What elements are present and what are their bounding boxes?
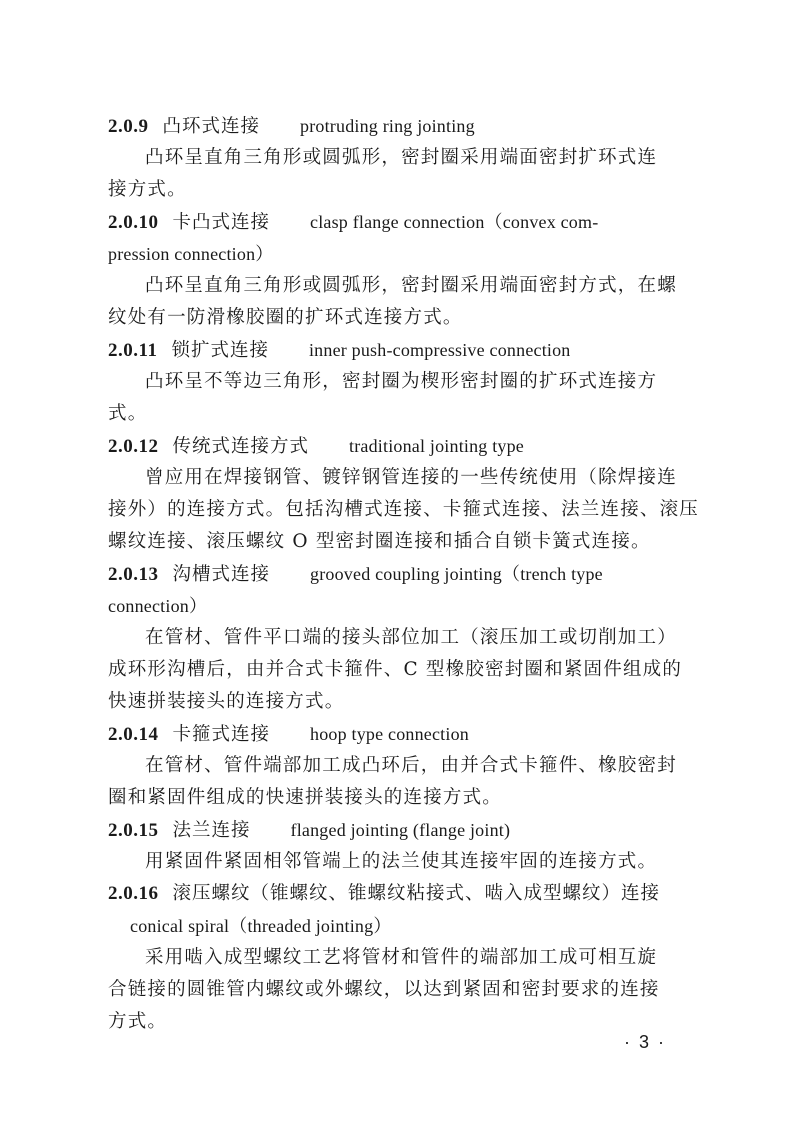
term-number: 2.0.9 [108, 111, 149, 143]
term-entry-2-0-13: 2.0.13沟槽式连接grooved coupling jointing（tre… [108, 558, 700, 718]
term-chinese: 凸环式连接 [163, 111, 261, 143]
term-english: protruding ring jointing [300, 110, 475, 142]
term-entry-2-0-9: 2.0.9凸环式连接protruding ring jointing 凸环呈直角… [108, 110, 700, 206]
term-chinese: 法兰连接 [173, 815, 251, 847]
term-english-continuation: connection） [108, 590, 700, 622]
term-heading: 2.0.16滚压螺纹（锥螺纹、锥螺纹粘接式、啮入成型螺纹）连接 [108, 878, 700, 910]
term-english-continuation: pression connection） [108, 238, 700, 270]
document-page: 2.0.9凸环式连接protruding ring jointing 凸环呈直角… [108, 110, 700, 1038]
definition-line: 凸环呈直角三角形或圆弧形，密封圈采用端面密封扩环式连 [108, 142, 700, 174]
term-number: 2.0.12 [108, 431, 159, 463]
term-english: inner push-compressive connection [309, 334, 571, 366]
term-english: traditional jointing type [349, 430, 524, 462]
term-entry-2-0-12: 2.0.12传统式连接方式traditional jointing type 曾… [108, 430, 700, 558]
term-number: 2.0.13 [108, 559, 159, 591]
term-heading: 2.0.10卡凸式连接clasp flange connection（conve… [108, 206, 700, 238]
definition-line: 方式。 [108, 1006, 700, 1038]
definition-line: 用紧固件紧固相邻管端上的法兰使其连接牢固的连接方式。 [108, 846, 700, 878]
definition-line: 在管材、管件平口端的接头部位加工（滚压加工或切削加工） [108, 622, 700, 654]
definition-line: 合链接的圆锥管内螺纹或外螺纹，以达到紧固和密封要求的连接 [108, 974, 700, 1006]
definition-line: 螺纹连接、滚压螺纹 O 型密封圈连接和插合自锁卡簧式连接。 [108, 526, 700, 558]
definition-line: 快速拼装接头的连接方式。 [108, 686, 700, 718]
definition-line: 凸环呈直角三角形或圆弧形，密封圈采用端面密封方式，在螺 [108, 270, 700, 302]
term-entry-2-0-11: 2.0.11锁扩式连接inner push-compressive connec… [108, 334, 700, 430]
page-number: · 3 · [624, 1032, 666, 1053]
term-english: flanged jointing (flange joint) [291, 814, 511, 846]
term-heading: 2.0.15法兰连接flanged jointing (flange joint… [108, 814, 700, 846]
definition-line: 曾应用在焊接钢管、镀锌钢管连接的一些传统使用（除焊接连 [108, 462, 700, 494]
term-english: hoop type connection [310, 718, 469, 750]
term-number: 2.0.14 [108, 719, 159, 751]
term-chinese: 锁扩式连接 [171, 335, 269, 367]
term-english: conical spiral（threaded jointing） [108, 910, 700, 942]
term-number: 2.0.16 [108, 878, 159, 910]
term-heading: 2.0.13沟槽式连接grooved coupling jointing（tre… [108, 558, 700, 590]
term-heading: 2.0.14卡箍式连接hoop type connection [108, 718, 700, 750]
definition-line: 接方式。 [108, 174, 700, 206]
term-chinese: 沟槽式连接 [173, 559, 271, 591]
term-entry-2-0-15: 2.0.15法兰连接flanged jointing (flange joint… [108, 814, 700, 878]
term-heading: 2.0.9凸环式连接protruding ring jointing [108, 110, 700, 142]
definition-line: 式。 [108, 398, 700, 430]
term-heading: 2.0.11锁扩式连接inner push-compressive connec… [108, 334, 700, 366]
term-number: 2.0.15 [108, 815, 159, 847]
definition-line: 采用啮入成型螺纹工艺将管材和管件的端部加工成可相互旋 [108, 942, 700, 974]
term-entry-2-0-16: 2.0.16滚压螺纹（锥螺纹、锥螺纹粘接式、啮入成型螺纹）连接 conical … [108, 878, 700, 1038]
definition-line: 在管材、管件端部加工成凸环后，由并合式卡箍件、橡胶密封 [108, 750, 700, 782]
term-entry-2-0-14: 2.0.14卡箍式连接hoop type connection 在管材、管件端部… [108, 718, 700, 814]
term-chinese: 滚压螺纹（锥螺纹、锥螺纹粘接式、啮入成型螺纹）连接 [173, 878, 661, 910]
definition-line: 纹处有一防滑橡胶圈的扩环式连接方式。 [108, 302, 700, 334]
term-english: clasp flange connection（convex com- [310, 206, 598, 238]
term-number: 2.0.11 [108, 335, 157, 367]
definition-line: 圈和紧固件组成的快速拼装接头的连接方式。 [108, 782, 700, 814]
term-chinese: 卡箍式连接 [173, 719, 271, 751]
term-english: grooved coupling jointing（trench type [310, 558, 603, 590]
term-chinese: 传统式连接方式 [173, 431, 310, 463]
term-chinese: 卡凸式连接 [173, 207, 271, 239]
term-heading: 2.0.12传统式连接方式traditional jointing type [108, 430, 700, 462]
definition-line: 接外）的连接方式。包括沟槽式连接、卡箍式连接、法兰连接、滚压 [108, 494, 700, 526]
definition-line: 成环形沟槽后，由并合式卡箍件、C 型橡胶密封圈和紧固件组成的 [108, 654, 700, 686]
definition-line: 凸环呈不等边三角形，密封圈为楔形密封圈的扩环式连接方 [108, 366, 700, 398]
term-number: 2.0.10 [108, 207, 159, 239]
term-entry-2-0-10: 2.0.10卡凸式连接clasp flange connection（conve… [108, 206, 700, 334]
